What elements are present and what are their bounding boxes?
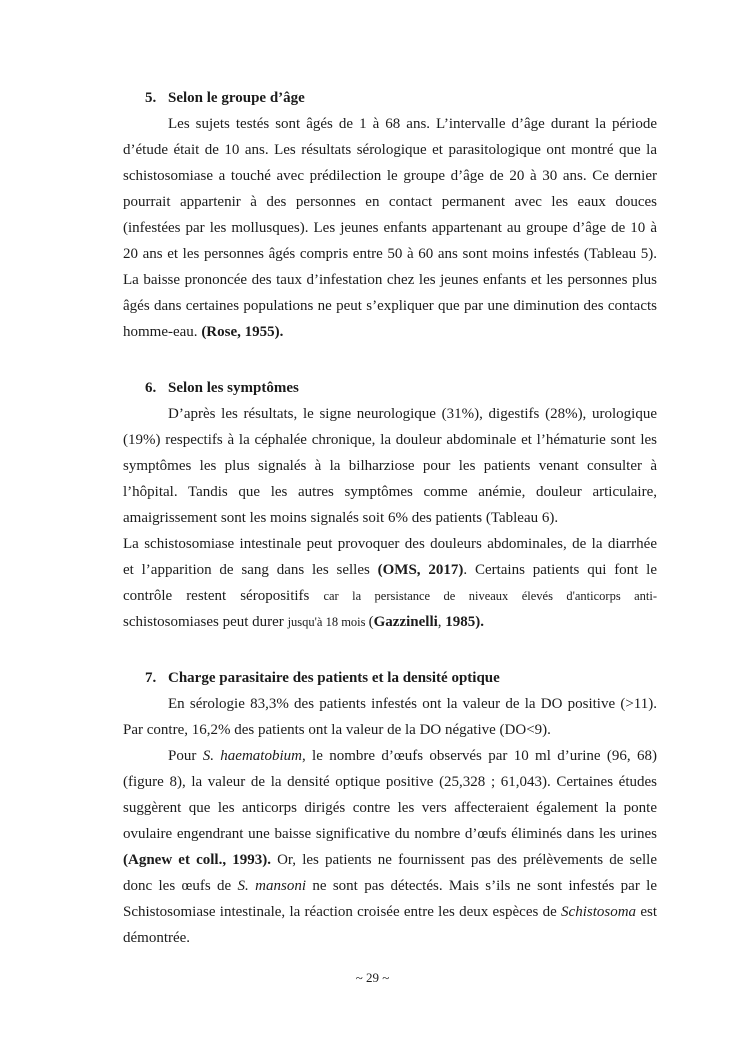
- paragraph: Pour S. haematobium, le nombre d’œufs ob…: [123, 743, 657, 951]
- text-line: La schistosomiase intestinale peut provo…: [123, 531, 657, 557]
- section-5: 5.Selon le groupe d’âgeLes sujets testés…: [123, 85, 657, 345]
- text-line: 20 ans et les personnes âgés compris ent…: [123, 241, 657, 267]
- section-heading: 7.Charge parasitaire des patients et la …: [123, 665, 657, 691]
- text-line: suggèrent que les anticorps dirigés cont…: [123, 795, 657, 821]
- text-line: Par contre, 16,2% des patients ont la va…: [123, 717, 657, 743]
- text-line: Les sujets testés sont âgés de 1 à 68 an…: [123, 111, 657, 137]
- text-line: Schistosomiase intestinale, la réaction …: [123, 899, 657, 925]
- text-line: (figure 8), la valeur de la densité opti…: [123, 769, 657, 795]
- sections-container: 5.Selon le groupe d’âgeLes sujets testés…: [123, 85, 657, 951]
- text-line: ovulaire engendrant une baisse significa…: [123, 821, 657, 847]
- paragraph: En sérologie 83,3% des patients infestés…: [123, 691, 657, 743]
- text-line: D’après les résultats, le signe neurolog…: [123, 401, 657, 427]
- section-7: 7.Charge parasitaire des patients et la …: [123, 665, 657, 951]
- text-line: Pour S. haematobium, le nombre d’œufs ob…: [123, 743, 657, 769]
- text-line: La baisse prononcée des taux d’infestati…: [123, 267, 657, 293]
- text-line: donc les œufs de S. mansoni ne sont pas …: [123, 873, 657, 899]
- section-heading: 6.Selon les symptômes: [123, 375, 657, 401]
- text-line: homme-eau. (Rose, 1955).: [123, 319, 657, 345]
- section-6: 6.Selon les symptômesD’après les résulta…: [123, 375, 657, 635]
- section-title: Charge parasitaire des patients et la de…: [168, 670, 500, 686]
- section-number: 5.: [145, 85, 168, 111]
- section-number: 7.: [145, 665, 168, 691]
- text-line: schistosomiases peut durer jusqu'à 18 mo…: [123, 609, 657, 635]
- paragraph: La schistosomiase intestinale peut provo…: [123, 531, 657, 635]
- text-line: amaigrissement sont les moins signalés s…: [123, 505, 657, 531]
- document-page: 5.Selon le groupe d’âgeLes sujets testés…: [0, 0, 745, 1053]
- section-heading: 5.Selon le groupe d’âge: [123, 85, 657, 111]
- text-line: âgés dans certaines populations ne peut …: [123, 293, 657, 319]
- text-line: démontrée.: [123, 925, 657, 951]
- text-line: et l’apparition de sang dans les selles …: [123, 557, 657, 583]
- text-line: contrôle restent séropositifs car la per…: [123, 583, 657, 609]
- section-number: 6.: [145, 375, 168, 401]
- text-line: pourrait appartenir à des personnes en c…: [123, 189, 657, 215]
- text-line: (infestées par les mollusques). Les jeun…: [123, 215, 657, 241]
- section-title: Selon les symptômes: [168, 380, 299, 396]
- text-line: (Agnew et coll., 1993). Or, les patients…: [123, 847, 657, 873]
- text-line: En sérologie 83,3% des patients infestés…: [123, 691, 657, 717]
- paragraph: Les sujets testés sont âgés de 1 à 68 an…: [123, 111, 657, 345]
- section-title: Selon le groupe d’âge: [168, 90, 305, 106]
- text-line: l’hôpital. Tandis que les autres symptôm…: [123, 479, 657, 505]
- text-line: symptômes les plus signalés à la bilharz…: [123, 453, 657, 479]
- text-line: schistosomiase a touché avec prédilectio…: [123, 163, 657, 189]
- page-number: ~ 29 ~: [0, 968, 745, 988]
- text-line: (19%) respectifs à la céphalée chronique…: [123, 427, 657, 453]
- paragraph: D’après les résultats, le signe neurolog…: [123, 401, 657, 531]
- text-line: d’étude était de 10 ans. Les résultats s…: [123, 137, 657, 163]
